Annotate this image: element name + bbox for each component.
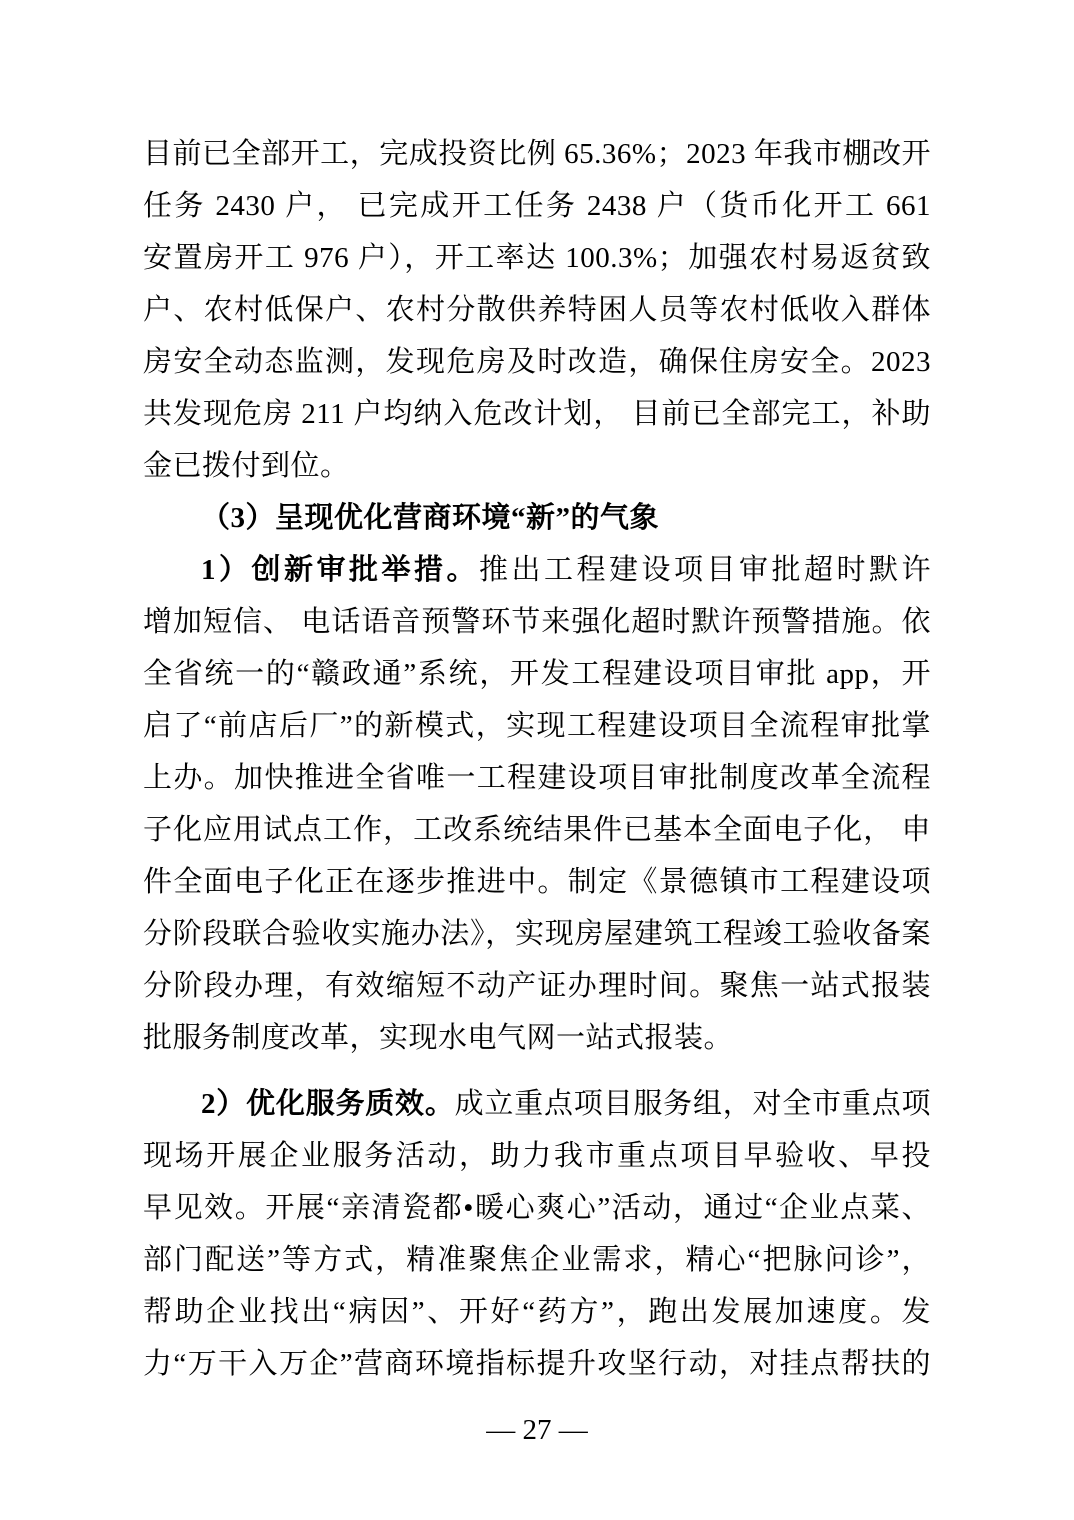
text-line: 1）创新审批举措。推出工程建设项目审批超时默许2.0， — [143, 544, 931, 596]
text-line: 启了“前店后厂”的新模式，实现工程建设项目全流程审批掌 — [143, 700, 931, 752]
body-text: 金已拨付到位。 — [143, 450, 350, 482]
body-text: 户、农村低保户、农村分散供养特困人员等农村低收入群体住 — [143, 294, 931, 336]
body-text: 早见效。开展“亲清瓷都•暖心爽心”活动，通过“企业点菜、 — [143, 1192, 931, 1224]
text-line: 分阶段办理，有效缩短不动产证办理时间。聚焦一站式报装审 — [143, 960, 931, 1012]
text-line: 共发现危房 211 户均纳入危改计划， 目前已全部完工，补助资 — [143, 388, 931, 440]
text-line: 房安全动态监测，发现危房及时改造，确保住房安全。2023 年 — [143, 336, 931, 388]
text-line: 部门配送”等方式，精准聚焦企业需求，精心“把脉问诊”， — [143, 1234, 931, 1286]
page-number: — 27 — — [0, 1404, 1074, 1456]
text-line: 帮助企业找出“病因”、开好“药方”，跑出发展加速度。发 — [143, 1286, 931, 1338]
body-text: 安置房开工 976 户），开工率达 100.3%；加强农村易返贫致贫 — [143, 242, 931, 284]
text-line: 任务 2430 户， 已完成开工任务 2438 户（货币化开工 661 户、 — [143, 180, 931, 232]
text-line: 件全面电子化正在逐步推进中。制定《景德镇市工程建设项目 — [143, 856, 931, 908]
body-text: 房安全动态监测，发现危房及时改造，确保住房安全。2023 年 — [143, 346, 931, 388]
paragraph-service-quality: 2）优化服务质效。成立重点项目服务组，对全市重点项目现场开展企业服务活动，助力我… — [143, 1078, 931, 1390]
body-text: 批服务制度改革，实现水电气网一站式报装。 — [143, 1022, 733, 1054]
body-text: 共发现危房 211 户均纳入危改计划， 目前已全部完工，补助资 — [143, 398, 931, 440]
body-text: 件全面电子化正在逐步推进中。制定《景德镇市工程建设项目 — [143, 866, 931, 908]
text-line: 目前已全部开工，完成投资比例 65.36%；2023 年我市棚改开工 — [143, 128, 931, 180]
body-text: 目前已全部开工，完成投资比例 65.36%；2023 年我市棚改开工 — [143, 138, 931, 180]
body-text: 现场开展企业服务活动，助力我市重点项目早验收、早投产、 — [143, 1140, 931, 1182]
text-line: 全省统一的“赣政通”系统，开发工程建设项目审批 app，开 — [143, 648, 931, 700]
body-text: 全省统一的“赣政通”系统，开发工程建设项目审批 app，开 — [143, 658, 931, 690]
body-text: 分阶段联合验收实施办法》，实现房屋建筑工程竣工验收备案 — [143, 918, 931, 950]
text-line: （3）呈现优化营商环境“新”的气象 — [143, 492, 931, 544]
text-line: 上办。加快推进全省唯一工程建设项目审批制度改革全流程电 — [143, 752, 931, 804]
text-line: 早见效。开展“亲清瓷都•暖心爽心”活动，通过“企业点菜、 — [143, 1182, 931, 1234]
document-page: 目前已全部开工，完成投资比例 65.36%；2023 年我市棚改开工任务 243… — [0, 0, 1074, 1520]
document-body: 目前已全部开工，完成投资比例 65.36%；2023 年我市棚改开工任务 243… — [143, 128, 931, 1390]
text-line: 分阶段联合验收实施办法》，实现房屋建筑工程竣工验收备案 — [143, 908, 931, 960]
bold-text: （3）呈现优化营商环境“新”的气象 — [201, 502, 659, 534]
paragraph-housing-projects: 目前已全部开工，完成投资比例 65.36%；2023 年我市棚改开工任务 243… — [143, 128, 931, 492]
body-text: 部门配送”等方式，精准聚焦企业需求，精心“把脉问诊”， — [143, 1244, 931, 1276]
text-line: 户、农村低保户、农村分散供养特困人员等农村低收入群体住 — [143, 284, 931, 336]
text-line: 金已拨付到位。 — [143, 440, 931, 492]
body-text: 帮助企业找出“病因”、开好“药方”，跑出发展加速度。发 — [143, 1296, 931, 1328]
body-text: 分阶段办理，有效缩短不动产证办理时间。聚焦一站式报装审 — [143, 970, 931, 1012]
body-text: 力“万干入万企”营商环境指标提升攻坚行动，对挂点帮扶的 — [143, 1348, 931, 1380]
heading-section-3: （3）呈现优化营商环境“新”的气象 — [143, 492, 931, 544]
body-text: 增加短信、 电话语音预警环节来强化超时默许预警措施。依托 — [143, 606, 931, 648]
text-line: 批服务制度改革，实现水电气网一站式报装。 — [143, 1012, 931, 1064]
body-text: 上办。加快推进全省唯一工程建设项目审批制度改革全流程电 — [143, 762, 931, 804]
body-text: 任务 2430 户， 已完成开工任务 2438 户（货币化开工 661 户、 — [143, 190, 931, 232]
text-line: 增加短信、 电话语音预警环节来强化超时默许预警措施。依托 — [143, 596, 931, 648]
paragraph-approval-innovation: 1）创新审批举措。推出工程建设项目审批超时默许2.0，增加短信、 电话语音预警环… — [143, 544, 931, 1064]
text-line: 现场开展企业服务活动，助力我市重点项目早验收、早投产、 — [143, 1130, 931, 1182]
text-line: 子化应用试点工作，工改系统结果件已基本全面电子化， 申报 — [143, 804, 931, 856]
text-line: 安置房开工 976 户），开工率达 100.3%；加强农村易返贫致贫 — [143, 232, 931, 284]
body-text: 启了“前店后厂”的新模式，实现工程建设项目全流程审批掌 — [143, 710, 931, 742]
bold-text: 2）优化服务质效。 — [201, 1088, 455, 1120]
text-line: 力“万干入万企”营商环境指标提升攻坚行动，对挂点帮扶的 — [143, 1338, 931, 1390]
body-text: 子化应用试点工作，工改系统结果件已基本全面电子化， 申报 — [143, 814, 931, 856]
text-line: 2）优化服务质效。成立重点项目服务组，对全市重点项目 — [143, 1078, 931, 1130]
bold-text: 1）创新审批举措。 — [201, 554, 479, 586]
